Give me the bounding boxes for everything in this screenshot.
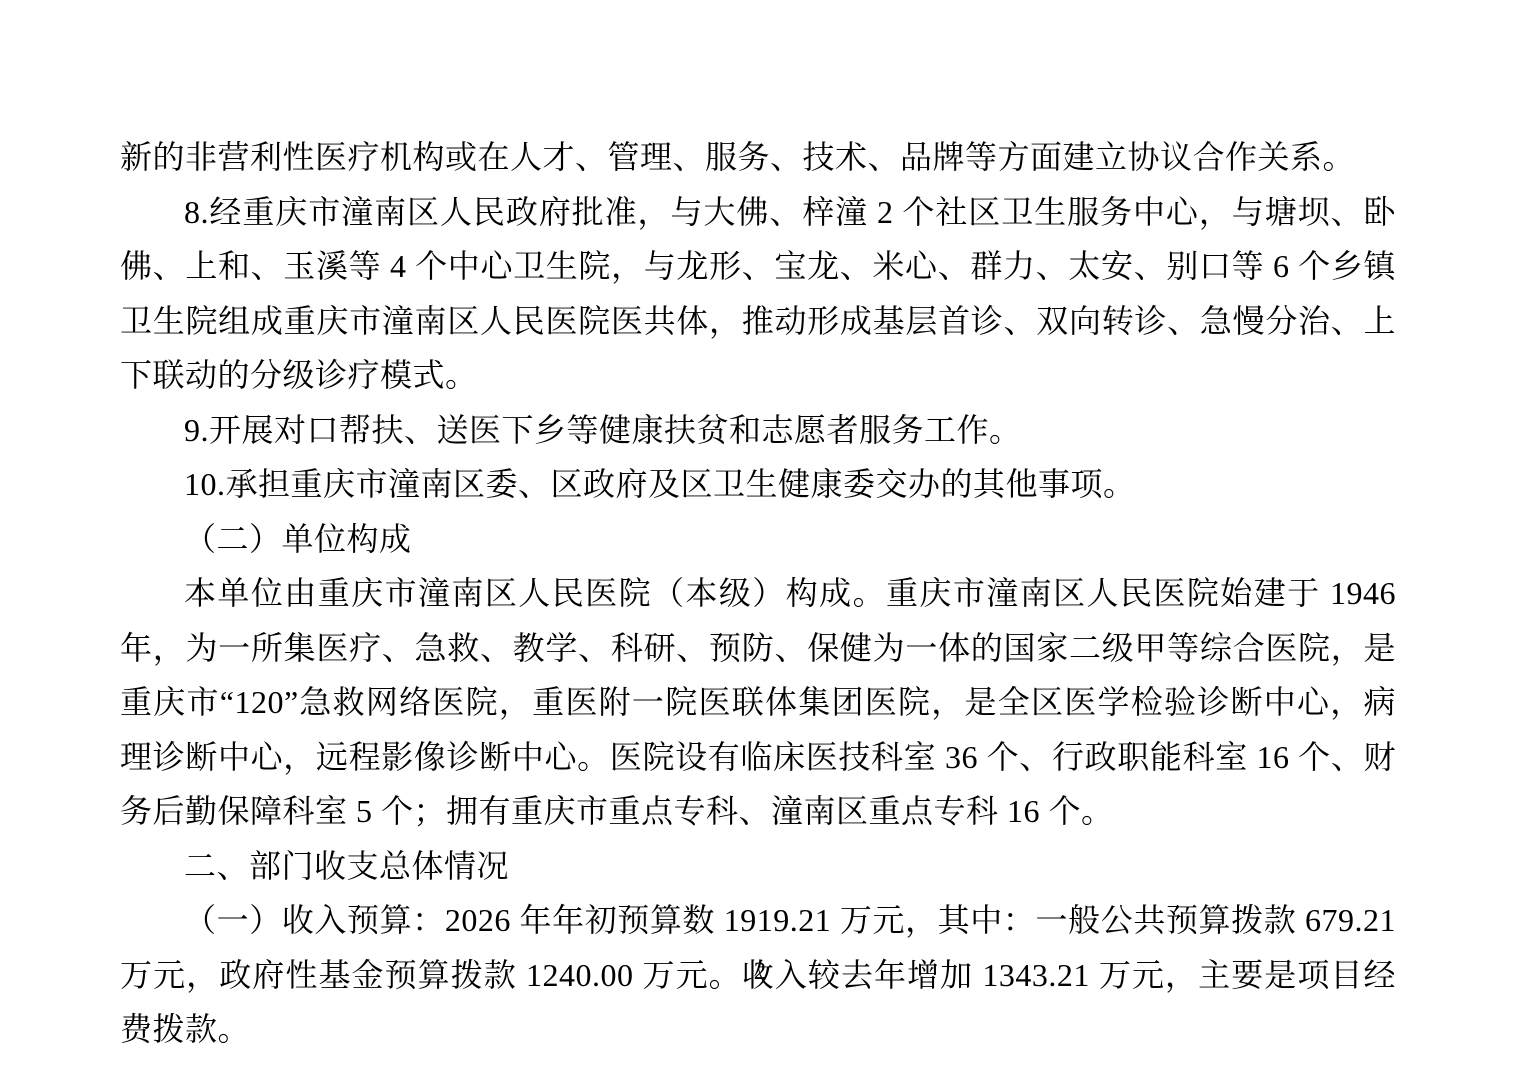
paragraph-item-9: 9.开展对口帮扶、送医下乡等健康扶贫和志愿者服务工作。 bbox=[120, 403, 1396, 458]
paragraph-continuation: 新的非营利性医疗机构或在人才、管理、服务、技术、品牌等方面建立协议合作关系。 bbox=[120, 130, 1396, 185]
page-number: 2 bbox=[0, 957, 1520, 987]
paragraph-item-8: 8.经重庆市潼南区人民政府批准，与大佛、梓潼 2 个社区卫生服务中心，与塘坝、卧… bbox=[120, 185, 1396, 403]
paragraph-item-10: 10.承担重庆市潼南区委、区政府及区卫生健康委交办的其他事项。 bbox=[120, 457, 1396, 512]
section-heading-budget-overview: 二、部门收支总体情况 bbox=[120, 839, 1396, 894]
section-heading-unit-composition: （二）单位构成 bbox=[120, 512, 1396, 567]
document-page: 新的非营利性医疗机构或在人才、管理、服务、技术、品牌等方面建立协议合作关系。 8… bbox=[0, 0, 1520, 1074]
paragraph-unit-composition-body: 本单位由重庆市潼南区人民医院（本级）构成。重庆市潼南区人民医院始建于 1946 … bbox=[120, 566, 1396, 839]
document-body: 新的非营利性医疗机构或在人才、管理、服务、技术、品牌等方面建立协议合作关系。 8… bbox=[120, 130, 1396, 1057]
